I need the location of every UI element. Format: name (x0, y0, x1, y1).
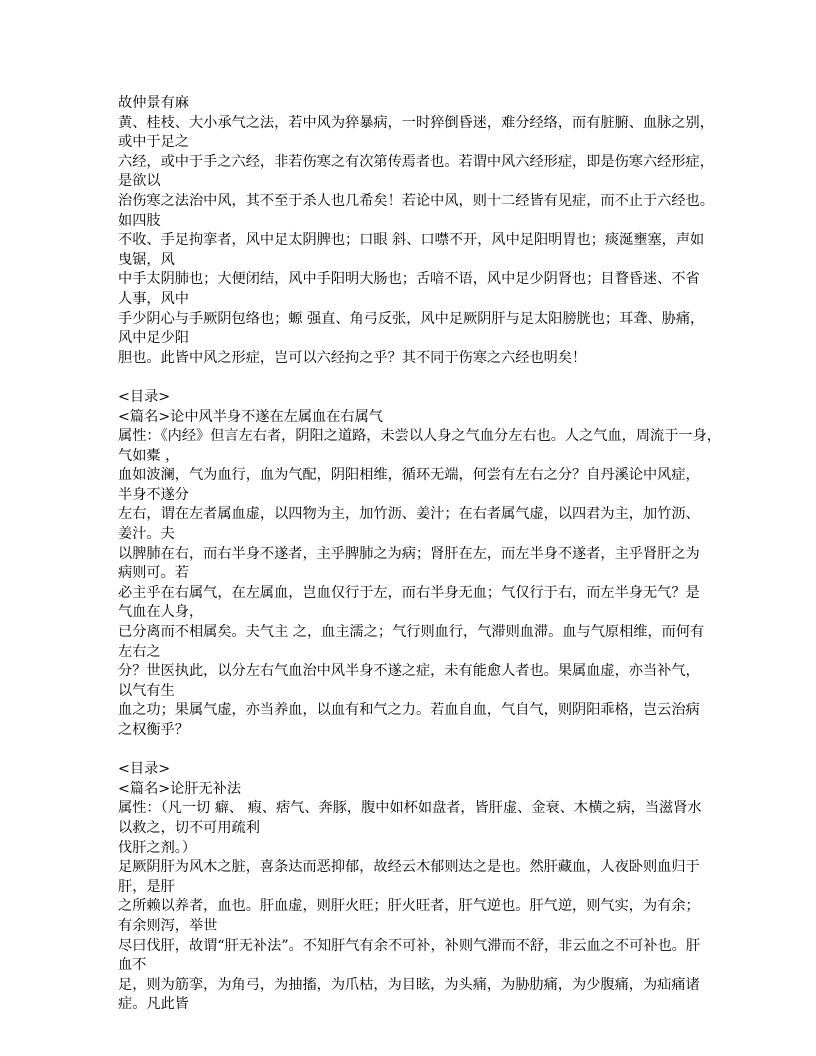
text-line: 肝，是肝 (118, 878, 700, 898)
text-line: 伐肝之剂。） (118, 839, 700, 859)
text-line: 中手太阴肺也；大便闭结，风中手阳明大肠也；舌喑不语，风中足少阴肾也；目瞀昏迷、不… (118, 270, 700, 290)
text-line: 已分离而不相属矣。夫气主 之，血主濡之；气行则血行，气滞则血滞。血与气原相维，而… (118, 623, 700, 643)
text-line: 人事，风中 (118, 290, 700, 310)
text-line: 是欲以 (118, 172, 700, 192)
text-line: 半身不遂分 (118, 486, 700, 506)
text-line: 故仲景有麻 (118, 94, 700, 114)
text-line: 姜汁。夫 (118, 525, 700, 545)
text-line: 症。凡此皆 (118, 995, 700, 1015)
text-line: 属性：（凡一切 癖、 瘕、痞气、奔豚，腹中如杯如盘者，皆肝虚、金衰、木横之病，当… (118, 799, 700, 819)
toc-label: <目录> (118, 388, 700, 408)
text-line: 足厥阴肝为风木之脏，喜条达而恶抑郁，故经云木郁则达之是也。然肝藏血，人夜卧则血归… (118, 858, 700, 878)
text-line: 六经，或中于手之六经，非若伤寒之有次第传焉者也。若谓中风六经形症，即是伤寒六经形… (118, 153, 700, 173)
intro-text-block: 故仲景有麻 黄、桂枝、大小承气之法，若中风为猝暴病，一时猝倒昏迷，难分经络，而有… (118, 94, 700, 368)
text-line: 以气有生 (118, 682, 700, 702)
text-line: 有余则泻，举世 (118, 917, 700, 937)
text-line: 必主乎在右属气，在左属血，岂血仅行于左，而右半身无血；气仅行于右，而左半身无气？… (118, 584, 700, 604)
text-line: 治伤寒之法治中风，其不至于杀人也几希矣！若论中风，则十二经皆有见症，而不止于六经… (118, 192, 700, 212)
text-line: 如四肢 (118, 212, 700, 232)
text-line: 气血在人身， (118, 603, 700, 623)
text-line: 左右之 (118, 643, 700, 663)
paragraph-spacer (118, 368, 700, 388)
text-line: 属性：《内经》但言左右者，阴阳之道路，未尝以人身之气血分左右也。人之气血，周流于… (118, 427, 700, 447)
text-line: 之权衡乎？ (118, 721, 700, 741)
text-line: 曳锯，风 (118, 251, 700, 271)
text-line: 足，则为筋挛，为角弓，为抽搐，为爪枯，为目眩，为头痛，为胁肋痛，为少腹痛，为疝痛… (118, 976, 700, 996)
text-line: 胆也。此皆中风之形症，岂可以六经拘之乎？其不同于伤寒之六经也明矣！ (118, 349, 700, 369)
text-line: 尽曰伐肝，故谓“肝无补法”。不知肝气有余不可补，补则气滞而不舒，非云血之不可补也… (118, 937, 700, 957)
text-line: 之所赖以养者，血也。肝血虚，则肝火旺；肝火旺者，肝气逆也。肝气逆，则气实，为有余… (118, 897, 700, 917)
text-line: 黄、桂枝、大小承气之法，若中风为猝暴病，一时猝倒昏迷，难分经络，而有脏腑、血脉之… (118, 114, 700, 134)
text-line: 以救之，切不可用疏利 (118, 819, 700, 839)
text-line: 以脾肺在右，而右半身不遂者，主乎脾肺之为病；肾肝在左，而左半身不遂者，主乎肾肝之… (118, 545, 700, 565)
text-line: 手少阴心与手厥阴包络也；螈 强直、角弓反张，风中足厥阴肝与足太阳膀胱也；耳聋、胁… (118, 310, 700, 330)
section-liver-no-tonify: <目录> <篇名>论肝无补法 属性：（凡一切 癖、 瘕、痞气、奔豚，腹中如杯如盘… (118, 760, 700, 1015)
text-line: 血之功；果属气虚，亦当养血，以血有和气之力。若血自血，气自气，则阴阳乖格，岂云治… (118, 701, 700, 721)
text-line: 或中于足之 (118, 133, 700, 153)
document-page: 故仲景有麻 黄、桂枝、大小承气之法，若中风为猝暴病，一时猝倒昏迷，难分经络，而有… (118, 94, 700, 1015)
text-line: 风中足少阳 (118, 329, 700, 349)
text-line: 气如橐 ， (118, 447, 700, 467)
toc-label: <目录> (118, 760, 700, 780)
section-left-right-qi-blood: <目录> <篇名>论中风半身不遂在左属血在右属气 属性：《内经》但言左右者，阴阳… (118, 388, 700, 741)
chapter-title: <篇名>论肝无补法 (118, 780, 700, 800)
text-line: 分？世医执此，以分左右气血治中风半身不遂之症，未有能愈人者也。果属血虚，亦当补气… (118, 662, 700, 682)
text-line: 血如波澜，气为血行，血为气配，阴阳相维，循环无端，何尝有左右之分？自丹溪论中风症… (118, 466, 700, 486)
text-line: 左右，谓在左者属血虚，以四物为主，加竹沥、姜汁；在右者属气虚，以四君为主，加竹沥… (118, 505, 700, 525)
chapter-title: <篇名>论中风半身不遂在左属血在右属气 (118, 408, 700, 428)
text-line: 血不 (118, 956, 700, 976)
text-line: 不收、手足拘挛者，风中足太阴脾也；口眼 斜、口噤不开，风中足阳明胃也；痰涎壅塞，… (118, 231, 700, 251)
text-line: 病则可。若 (118, 564, 700, 584)
paragraph-spacer (118, 741, 700, 761)
